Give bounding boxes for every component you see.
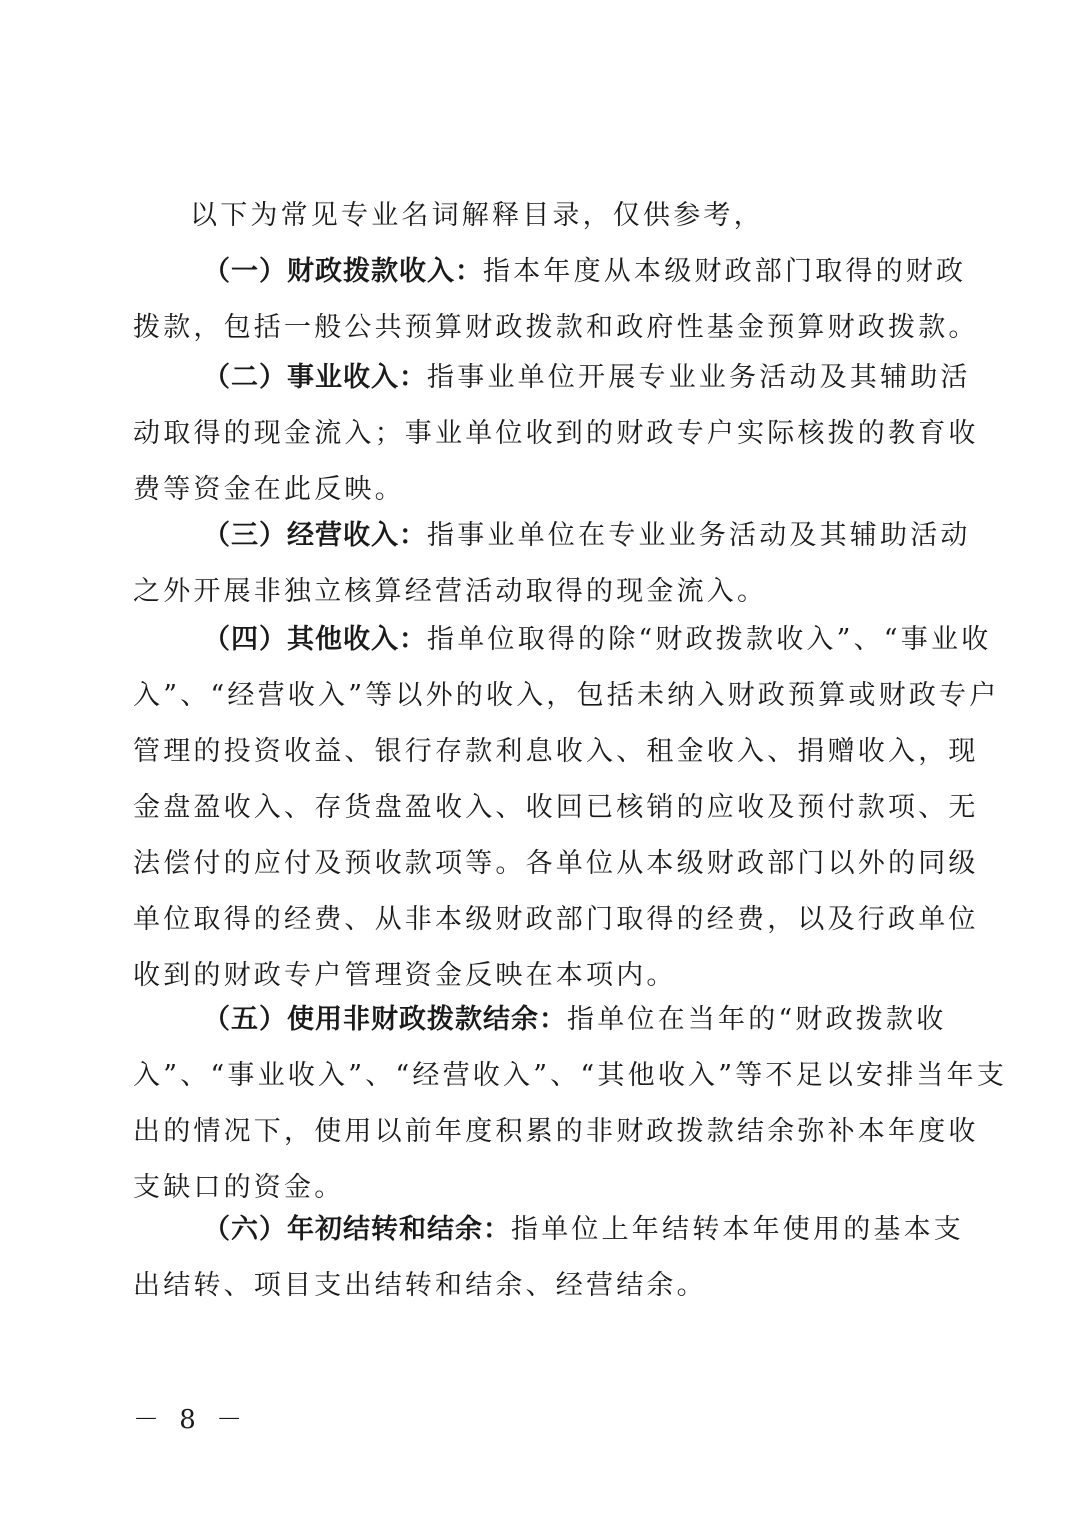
section-line: （一）财政拨款收入：指本年度从本级财政部门取得的财政 — [133, 244, 945, 300]
section-5: （五）使用非财政拨款结余：指单位在当年的“财政拨款收 入”、“事业收入”、“经营… — [133, 992, 945, 1216]
section-line: 金盘盈收入、存货盘盈收入、收回已核销的应收及预付款项、无 — [133, 780, 945, 836]
section-text: 指单位取得的除“财政拨款收入”、“事业收 — [427, 624, 991, 655]
section-text: 指单位在当年的“财政拨款收 — [567, 1004, 946, 1035]
section-term: （二）事业收入： — [203, 362, 427, 393]
section-text: 指事业单位开展专业业务活动及其辅助活 — [427, 362, 971, 393]
section-line: 动取得的现金流入；事业单位收到的财政专户实际核拨的教育收 — [133, 406, 945, 462]
section-line: （五）使用非财政拨款结余：指单位在当年的“财政拨款收 — [133, 992, 945, 1048]
section-term: （三）经营收入： — [203, 520, 427, 551]
section-term: （六）年初结转和结余： — [203, 1214, 511, 1245]
section-line: 管理的投资收益、银行存款利息收入、租金收入、捐赠收入，现 — [133, 724, 945, 780]
section-line: 入”、“事业收入”、“经营收入”、“其他收入”等不足以安排当年支 — [133, 1048, 945, 1104]
section-line: 单位取得的经费、从非本级财政部门取得的经费，以及行政单位 — [133, 892, 945, 948]
page-number: － 8 － — [133, 1400, 248, 1440]
intro-text: 以下为常见专业名词解释目录，仅供参考， — [190, 188, 764, 244]
section-text: 指单位上年结转本年使用的基本支 — [511, 1214, 964, 1245]
section-line: 出的情况下，使用以前年度积累的非财政拨款结余弥补本年度收 — [133, 1104, 945, 1160]
section-term: （一）财政拨款收入： — [203, 256, 483, 287]
section-line: （二）事业收入：指事业单位开展专业业务活动及其辅助活 — [133, 350, 945, 406]
section-term: （五）使用非财政拨款结余： — [203, 1004, 567, 1035]
section-term: （四）其他收入： — [203, 624, 427, 655]
document-page: 以下为常见专业名词解释目录，仅供参考， （一）财政拨款收入：指本年度从本级财政部… — [0, 0, 1075, 1520]
section-4: （四）其他收入：指单位取得的除“财政拨款收入”、“事业收 入”、“经营收入”等以… — [133, 612, 945, 1004]
section-line: （三）经营收入：指事业单位在专业业务活动及其辅助活动 — [133, 508, 945, 564]
section-line: 法偿付的应付及预收款项等。各单位从本级财政部门以外的同级 — [133, 836, 945, 892]
section-line: 拨款，包括一般公共预算财政拨款和政府性基金预算财政拨款。 — [133, 300, 945, 356]
section-6: （六）年初结转和结余：指单位上年结转本年使用的基本支 出结转、项目支出结转和结余… — [133, 1202, 945, 1314]
section-text: 指本年度从本级财政部门取得的财政 — [483, 256, 966, 287]
section-3: （三）经营收入：指事业单位在专业业务活动及其辅助活动 之外开展非独立核算经营活动… — [133, 508, 945, 620]
section-line: 出结转、项目支出结转和结余、经营结余。 — [133, 1258, 945, 1314]
section-1: （一）财政拨款收入：指本年度从本级财政部门取得的财政 拨款，包括一般公共预算财政… — [133, 244, 945, 356]
section-line: （四）其他收入：指单位取得的除“财政拨款收入”、“事业收 — [133, 612, 945, 668]
section-line: 入”、“经营收入”等以外的收入，包括未纳入财政预算或财政专户 — [133, 668, 945, 724]
section-2: （二）事业收入：指事业单位开展专业业务活动及其辅助活 动取得的现金流入；事业单位… — [133, 350, 945, 518]
section-line: （六）年初结转和结余：指单位上年结转本年使用的基本支 — [133, 1202, 945, 1258]
section-text: 指事业单位在专业业务活动及其辅助活动 — [427, 520, 971, 551]
